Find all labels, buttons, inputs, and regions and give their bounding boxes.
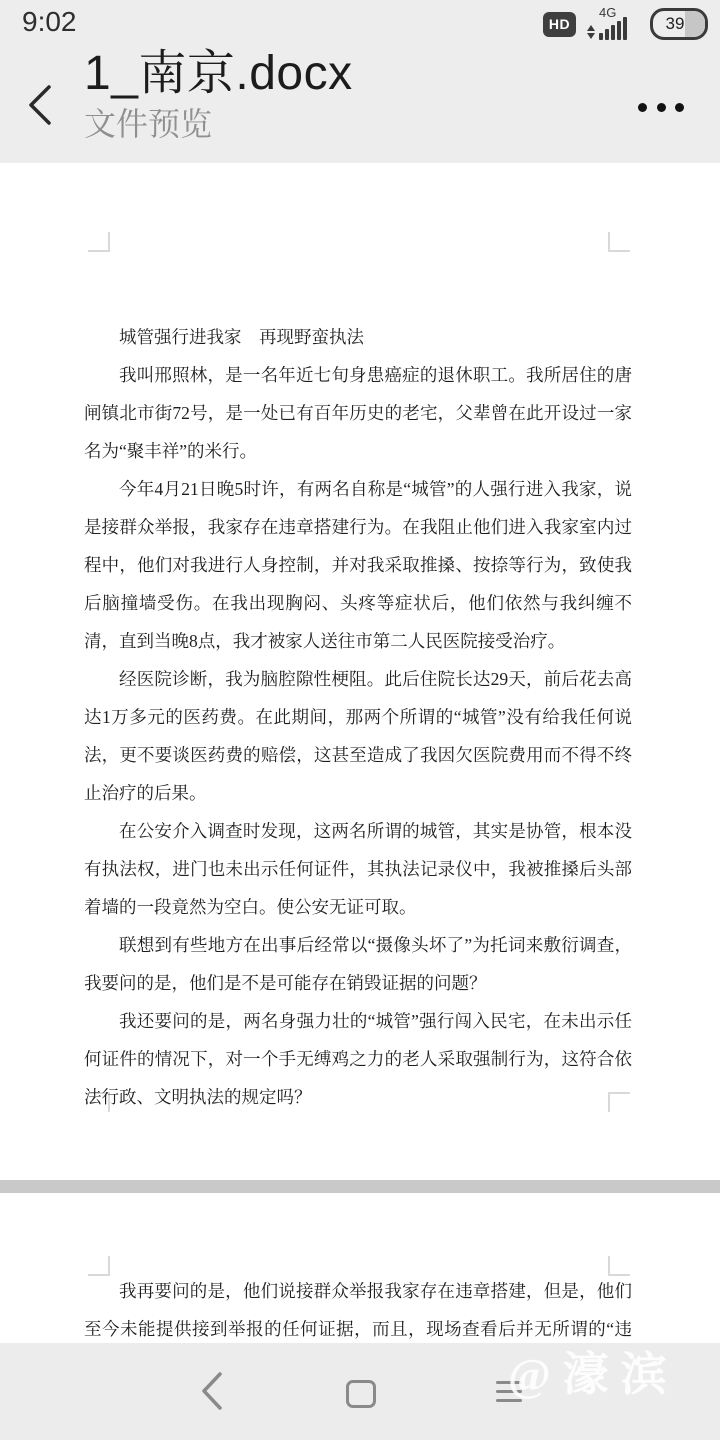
margin-corner-mark bbox=[88, 232, 110, 252]
battery-icon: 39 bbox=[650, 8, 708, 40]
page-2-text: 我再要问的是，他们说接群众举报我家存在违章搭建，但是，他们至今未能提供接到举报的… bbox=[84, 1272, 632, 1343]
chevron-left-icon bbox=[198, 1371, 224, 1411]
page-title: 1_南京.docx bbox=[84, 46, 353, 102]
document-page-1[interactable]: 城管强行进我家 再现野蛮执法 我叫邢照林，是一名年近七旬身患癌症的退休职工。我所… bbox=[0, 163, 720, 1343]
page-subtitle: 文件预览 bbox=[84, 104, 353, 144]
dot-icon bbox=[638, 103, 647, 112]
signal-bars-icon bbox=[599, 17, 627, 40]
doc-paragraph: 我再要问的是，他们说接群众举报我家存在违章搭建，但是，他们至今未能提供接到举报的… bbox=[84, 1272, 632, 1343]
dot-icon bbox=[675, 103, 684, 112]
clock: 9:02 bbox=[22, 6, 77, 38]
doc-paragraph: 我叫邢照林，是一名年近七旬身患癌症的退休职工。我所居住的唐闸镇北市街72号，是一… bbox=[84, 356, 632, 470]
page-separator bbox=[0, 1180, 720, 1193]
margin-corner-mark bbox=[608, 232, 630, 252]
doc-paragraph: 经医院诊断，我为脑腔隙性梗阻。此后住院长达29天，前后花去高达1万多元的医药费。… bbox=[84, 660, 632, 812]
page-1-text: 城管强行进我家 再现野蛮执法 我叫邢照林，是一名年近七旬身患癌症的退休职工。我所… bbox=[84, 318, 632, 1116]
watermark-text: @濠滨 bbox=[508, 1338, 679, 1404]
status-icons: HD 4G 39 bbox=[543, 8, 708, 40]
doc-paragraph: 联想到有些地方在出事后经常以“摄像头坏了”为托词来敷衍调查，我要问的是，他们是不… bbox=[84, 926, 632, 1002]
doc-paragraph: 今年4月21日晚5时许，有两名自称是“城管”的人强行进入我家，说是接群众举报，我… bbox=[84, 470, 632, 660]
battery-percent: 39 bbox=[653, 11, 697, 37]
dot-icon bbox=[657, 103, 666, 112]
doc-heading: 城管强行进我家 再现野蛮执法 bbox=[84, 318, 632, 356]
more-button[interactable] bbox=[638, 92, 684, 122]
nav-back-button[interactable] bbox=[198, 1367, 234, 1415]
data-updown-arrows-icon bbox=[587, 25, 597, 39]
doc-paragraph: 在公安介入调查时发现，这两名所谓的城管，其实是协管，根本没有执法权，进门也未出示… bbox=[84, 812, 632, 926]
title-block: 1_南京.docx 文件预览 bbox=[84, 46, 353, 144]
phone-screen: 9:02 HD 4G 39 1_南京.docx bbox=[0, 0, 720, 1440]
doc-paragraph: 我还要问的是，两名身强力壮的“城管”强行闯入民宅，在未出示任何证件的情况下，对一… bbox=[84, 1002, 632, 1116]
back-button[interactable] bbox=[24, 80, 58, 130]
top-chrome: 9:02 HD 4G 39 1_南京.docx bbox=[0, 0, 720, 163]
document-page-2[interactable]: 我再要问的是，他们说接群众举报我家存在违章搭建，但是，他们至今未能提供接到举报的… bbox=[0, 1193, 720, 1343]
chevron-left-icon bbox=[24, 83, 54, 127]
cellular-signal-icon: 4G bbox=[587, 8, 639, 40]
nav-home-button[interactable] bbox=[346, 1380, 376, 1408]
hd-icon: HD bbox=[543, 12, 576, 37]
